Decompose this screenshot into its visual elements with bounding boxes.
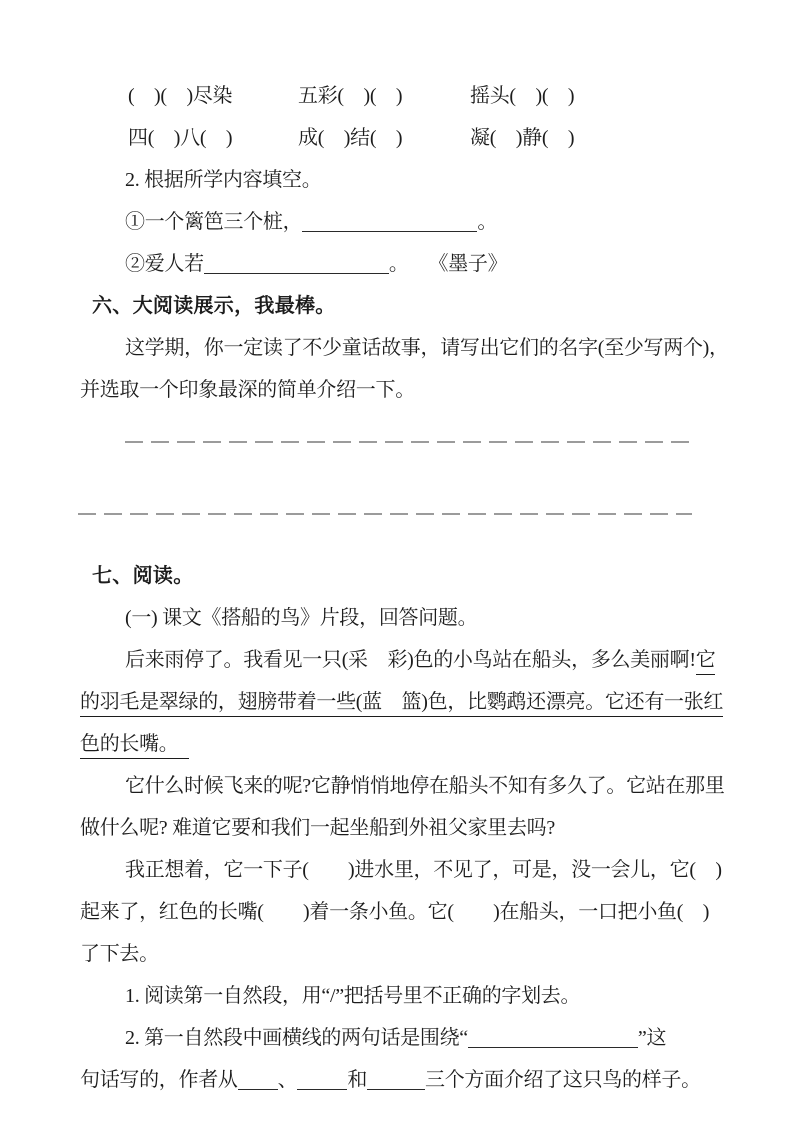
passage-para3-line-2: 起来了，红色的长嘴( )着一条小鱼。它( )在船头，一口把小鱼( ) xyxy=(80,891,733,933)
answer-line-row-1 xyxy=(80,441,733,483)
underlined-passage-text: 的羽毛是翠绿的，翅膀带着一些(蓝 篮)色，比鹦鹉还漂亮。它还有一张红 xyxy=(80,691,723,717)
answer-blank xyxy=(302,212,477,232)
passage-text: 起来了，红色的长嘴( )着一条小鱼。它( )在船头，一口把小鱼( ) xyxy=(80,901,709,923)
dashed-answer-line-2 xyxy=(78,513,692,515)
answer-blank xyxy=(297,1070,347,1090)
underlined-passage-text: 色的长嘴。 xyxy=(80,733,189,759)
question-2-line-1: 2. 第一自然段中画横线的两句话是围绕“”这 xyxy=(80,1017,733,1059)
section-six-intro-line-1: 这学期，你一定读了不少童话故事，请写出它们的名字(至少写两个)， xyxy=(80,327,733,369)
passage-title: (一) 课文《搭船的鸟》片段，回答问题。 xyxy=(80,597,733,639)
section-six-intro-text-2: 并选取一个印象最深的简单介绍一下。 xyxy=(80,379,415,401)
passage-text: 做什么呢? 难道它要和我们一起坐船到外祖父家里去吗? xyxy=(80,817,555,839)
passage-para3-line-1: 我正想着，它一下子( )进水里，不见了，可是，没一会儿，它( ) xyxy=(80,849,733,891)
question-2-seg-1: 句话写的，作者从 xyxy=(80,1069,238,1091)
fill-blank-item-2: ②爱人若。《墨子》 xyxy=(80,243,733,285)
idiom-blank-chengjie: 成( )结( ) xyxy=(298,117,470,159)
question-2-text-pre: 2. 第一自然段中画横线的两句话是围绕“ xyxy=(125,1027,468,1049)
answer-blank xyxy=(204,254,389,274)
passage-para3-line-3: 了下去。 xyxy=(80,933,733,975)
passage-title-text: (一) 课文《搭船的鸟》片段，回答问题。 xyxy=(125,607,477,629)
fill-blank-instruction-text: 2. 根据所学内容填空。 xyxy=(125,169,321,191)
underlined-passage-text: 它 xyxy=(696,649,716,675)
passage-text: 我正想着，它一下子( )进水里，不见了，可是，没一会儿，它( ) xyxy=(125,859,722,881)
passage-text: 了下去。 xyxy=(80,943,159,965)
passage-para2-line-1: 它什么时候飞来的呢?它静悄悄地停在船头不知有多久了。它站在那里 xyxy=(80,765,733,807)
fill-blank-instruction: 2. 根据所学内容填空。 xyxy=(80,159,733,201)
section-six-heading-text: 六、大阅读展示，我最棒。 xyxy=(92,295,336,317)
section-seven-heading: 七、阅读。 xyxy=(80,555,733,597)
answer-blank xyxy=(468,1028,638,1048)
passage-para2-line-2: 做什么呢? 难道它要和我们一起坐船到外祖父家里去吗? xyxy=(80,807,733,849)
fill-item-2-text: ②爱人若 xyxy=(125,253,204,275)
question-1: 1. 阅读第一自然段，用“/”把括号里不正确的字划去。 xyxy=(80,975,733,1017)
passage-text: 它什么时候飞来的呢?它静悄悄地停在船头不知有多久了。它站在那里 xyxy=(125,775,725,797)
worksheet-content: ( )( )尽染 五彩( )( ) 摇头( )( ) 四( )八( ) 成( )… xyxy=(0,0,793,1101)
question-2-line-2: 句话写的，作者从、和三个方面介绍了这只鸟的样子。 xyxy=(80,1059,733,1101)
question-1-text: 1. 阅读第一自然段，用“/”把括号里不正确的字划去。 xyxy=(125,985,580,1007)
section-six-heading: 六、大阅读展示，我最棒。 xyxy=(80,285,733,327)
section-seven-heading-text: 七、阅读。 xyxy=(92,565,194,587)
fill-item-2-period: 。 xyxy=(389,253,409,275)
fill-item-1-text: ①一个篱笆三个桩， xyxy=(125,211,302,233)
answer-line-row-2 xyxy=(80,513,733,555)
fill-item-1-period: 。 xyxy=(477,211,497,233)
passage-para1-line-1: 后来雨停了。我看见一只(采 彩)色的小鸟站在船头，多么美丽啊!它 xyxy=(80,639,733,681)
idiom-blank-wucai: 五彩( )( ) xyxy=(298,75,470,117)
fill-blank-item-1: ①一个篱笆三个桩，。 xyxy=(80,201,733,243)
passage-para1-line-3: 色的长嘴。 xyxy=(80,723,733,765)
question-2-seg-2: 、 xyxy=(278,1069,298,1091)
section-six-intro-text-1: 这学期，你一定读了不少童话故事，请写出它们的名字(至少写两个)， xyxy=(125,337,729,359)
dashed-answer-line-1 xyxy=(125,441,690,443)
section-six-intro-line-2: 并选取一个印象最深的简单介绍一下。 xyxy=(80,369,733,411)
answer-blank xyxy=(367,1070,425,1090)
passage-text: 后来雨停了。我看见一只(采 彩)色的小鸟站在船头，多么美丽啊! xyxy=(125,649,696,671)
idiom-blank-yaotou: 摇头( )( ) xyxy=(470,75,574,117)
passage-para1-line-2: 的羽毛是翠绿的，翅膀带着一些(蓝 篮)色，比鹦鹉还漂亮。它还有一张红 xyxy=(80,681,733,723)
idiom-blank-siba: 四( )八( ) xyxy=(128,117,298,159)
idiom-blank-ningjing: 凝( )静( ) xyxy=(470,117,574,159)
question-2-seg-3: 和 xyxy=(347,1069,367,1091)
idiom-fill-row-1: ( )( )尽染 五彩( )( ) 摇头( )( ) xyxy=(80,75,733,117)
answer-blank xyxy=(238,1070,278,1090)
worksheet-page: ( )( )尽染 五彩( )( ) 摇头( )( ) 四( )八( ) 成( )… xyxy=(0,0,793,1122)
source-citation: 《墨子》 xyxy=(439,253,508,275)
idiom-fill-row-2: 四( )八( ) 成( )结( ) 凝( )静( ) xyxy=(80,117,733,159)
question-2-text-post: ”这 xyxy=(638,1027,666,1049)
idiom-blank-jinran: ( )( )尽染 xyxy=(128,75,298,117)
question-2-seg-4: 三个方面介绍了这只鸟的样子。 xyxy=(425,1069,701,1091)
